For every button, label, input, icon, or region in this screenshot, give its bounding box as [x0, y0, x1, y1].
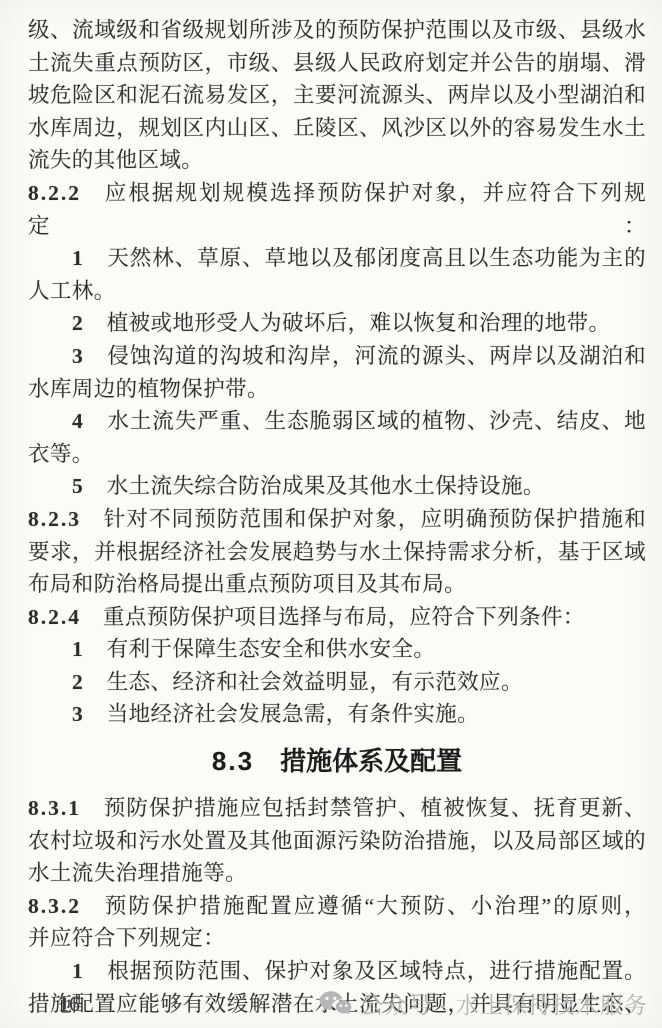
text-line: 4水土流失严重、生态脆弱区域的植物、沙壳、结皮、地 — [28, 405, 646, 438]
line-text: 侵蚀沟道的沟坡和沟岸，河流的源头、两岸以及湖泊和 — [107, 344, 646, 368]
text-line: 流失的其他区域。 — [28, 144, 646, 177]
line-text: 生态、经济和社会效益明显，有示范效应。 — [107, 670, 523, 694]
clause-number: 8.2.3 — [28, 507, 81, 531]
page-footer: 16 公众号 · 水土保持技术服务 — [0, 987, 662, 1020]
line-text: 针对不同预防范围和保护对象，应明确预防保护措施和 — [103, 507, 646, 531]
line-text: 应根据规划规模选择预防保护对象，并应符合下列规定： — [28, 181, 646, 238]
clause-number: 2 — [72, 311, 85, 335]
text-line: 衣等。 — [28, 438, 646, 471]
text-line: 8.3.2预防保护措施配置应遵循“大预防、小治理”的原则， — [28, 890, 646, 923]
line-text: 并应符合下列规定： — [28, 926, 225, 950]
text-line: 8.2.2应根据规划规模选择预防保护对象，并应符合下列规定： — [28, 177, 646, 242]
page-number: 16 — [58, 991, 80, 1017]
clause-number: 8.2.2 — [28, 181, 81, 205]
line-text: 天然林、草原、草地以及郁闭度高且以生态功能为主的 — [107, 246, 646, 270]
line-text: 流失的其他区域。 — [28, 148, 203, 172]
text-line: 8.2.4重点预防保护项目选择与布局，应符合下列条件： — [28, 601, 646, 634]
text-line: 1有利于保障生态安全和供水安全。 — [28, 633, 646, 666]
line-text: 预防保护措施配置应遵循“大预防、小治理”的原则， — [103, 894, 646, 918]
line-text: 要求，并根据经济社会发展趋势与水土保持需求分析，基于区域 — [28, 540, 646, 564]
text-line: 1根据预防范围、保护对象及区域特点，进行措施配置。 — [28, 955, 646, 988]
document-body: 级、流域级和省级规划所涉及的预防保护范围以及市级、县级水土流失重点预防区，市级、… — [0, 0, 662, 1020]
line-text: 根据预防范围、保护对象及区域特点，进行措施配置。 — [107, 959, 646, 983]
clause-number: 3 — [72, 702, 85, 726]
text-line: 要求，并根据经济社会发展趋势与水土保持需求分析，基于区域 — [28, 536, 646, 569]
watermark-text: 公众号 · 水土保持技术服务 — [361, 987, 648, 1020]
line-text: 有利于保障生态安全和供水安全。 — [107, 637, 436, 661]
line-text: 坡危险区和泥石流易发区，主要河流源头、两岸以及小型湖泊和 — [28, 83, 646, 107]
text-line: 1天然林、草原、草地以及郁闭度高且以生态功能为主的 — [28, 242, 646, 275]
line-text: 布局和防治格局提出重点预防项目及其布局。 — [28, 572, 466, 596]
line-text: 水库周边的植物保护带。 — [28, 377, 269, 401]
text-line: 坡危险区和泥石流易发区，主要河流源头、两岸以及小型湖泊和 — [28, 79, 646, 112]
clause-number: 1 — [72, 959, 85, 983]
line-text: 重点预防保护项目选择与布局，应符合下列条件： — [103, 605, 585, 629]
document-page: 级、流域级和省级规划所涉及的预防保护范围以及市级、县级水土流失重点预防区，市级、… — [0, 0, 662, 1028]
text-line: 水土流失治理措施等。 — [28, 857, 646, 890]
text-line: 3当地经济社会发展急需，有条件实施。 — [28, 698, 646, 731]
text-line: 8.2.3针对不同预防范围和保护对象，应明确预防保护措施和 — [28, 503, 646, 536]
text-line: 人工林。 — [28, 275, 646, 308]
text-line: 2植被或地形受人为破坏后，难以恢复和治理的地带。 — [28, 307, 646, 340]
text-line: 水库周边的植物保护带。 — [28, 373, 646, 406]
line-text: 人工林。 — [28, 279, 116, 303]
text-line: 布局和防治格局提出重点预防项目及其布局。 — [28, 568, 646, 601]
text-line: 水库周边，规划区内山区、丘陵区、风沙区以外的容易发生水土 — [28, 112, 646, 145]
watermark: 公众号 · 水土保持技术服务 — [319, 987, 648, 1020]
text-line: 农村垃圾和污水处置及其他面源污染防治措施，以及局部区域的 — [28, 825, 646, 858]
clause-number: 1 — [72, 246, 85, 270]
heading-number: 8.3 — [212, 746, 254, 776]
clause-number: 8.2.4 — [28, 605, 81, 629]
text-line: 5水土流失综合防治成果及其他水土保持设施。 — [28, 470, 646, 503]
line-text: 级、流域级和省级规划所涉及的预防保护范围以及市级、县级水 — [28, 18, 646, 42]
clause-number: 2 — [72, 670, 85, 694]
line-text: 土流失重点预防区，市级、县级人民政府划定并公告的崩塌、滑 — [28, 51, 646, 75]
line-text: 农村垃圾和污水处置及其他面源污染防治措施，以及局部区域的 — [28, 829, 646, 853]
clause-number: 8.3.2 — [28, 894, 81, 918]
clause-number: 3 — [72, 344, 85, 368]
clause-number: 5 — [72, 474, 85, 498]
text-line: 土流失重点预防区，市级、县级人民政府划定并公告的崩塌、滑 — [28, 47, 646, 80]
clause-number: 1 — [72, 637, 85, 661]
heading-text: 措施体系及配置 — [280, 746, 462, 776]
section-heading: 8.3措施体系及配置 — [28, 744, 646, 778]
text-line: 8.3.1预防保护措施应包括封禁管护、植被恢复、抚育更新、 — [28, 792, 646, 825]
wechat-icon — [319, 990, 352, 1018]
line-text: 植被或地形受人为破坏后，难以恢复和治理的地带。 — [107, 311, 611, 335]
clause-number: 8.3.1 — [28, 796, 81, 820]
line-text: 水土流失治理措施等。 — [28, 861, 247, 885]
text-line: 3侵蚀沟道的沟坡和沟岸，河流的源头、两岸以及湖泊和 — [28, 340, 646, 373]
text-line: 级、流域级和省级规划所涉及的预防保护范围以及市级、县级水 — [28, 14, 646, 47]
line-text: 水土流失综合防治成果及其他水土保持设施。 — [107, 474, 545, 498]
line-text: 预防保护措施应包括封禁管护、植被恢复、抚育更新、 — [103, 796, 646, 820]
clause-number: 4 — [72, 409, 85, 433]
text-line: 并应符合下列规定： — [28, 922, 646, 955]
line-text: 水库周边，规划区内山区、丘陵区、风沙区以外的容易发生水土 — [28, 116, 646, 140]
line-text: 水土流失严重、生态脆弱区域的植物、沙壳、结皮、地 — [107, 409, 646, 433]
line-text: 当地经济社会发展急需，有条件实施。 — [107, 702, 479, 726]
line-text: 衣等。 — [28, 442, 94, 466]
text-line: 2生态、经济和社会效益明显，有示范效应。 — [28, 666, 646, 699]
